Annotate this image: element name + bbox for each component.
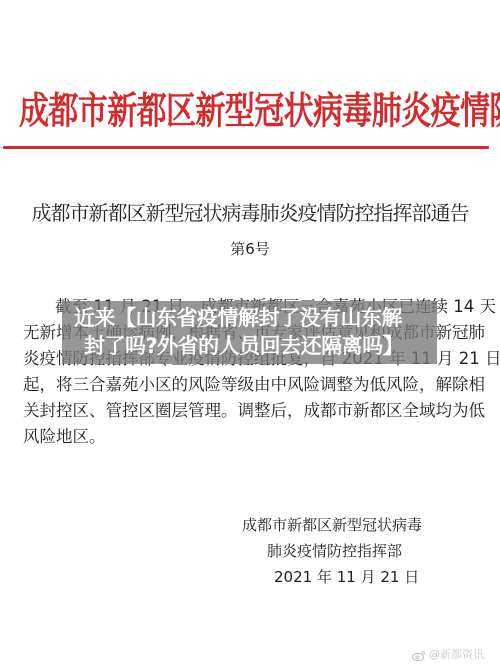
letterhead-title: 成都市新都区新型冠状病毒肺炎疫情防控指挥部 — [19, 77, 479, 147]
signature-block: 成都市新都区新型冠状病毒 肺炎疫情防控指挥部 2021 年 11 月 21 日 — [222, 512, 472, 590]
body-line: 关封控区、管控区圈层管理。调整后，成都市新都区全域均为低 — [23, 398, 471, 424]
weibo-icon — [412, 650, 426, 661]
notice-number: 第6号 — [0, 239, 500, 259]
body-line: 风险地区。 — [23, 424, 471, 450]
signature-org-line-2: 肺炎疫情防控指挥部 — [222, 538, 472, 564]
watermark-text: @新都资讯 — [429, 647, 484, 663]
notice-title: 成都市新都区新型冠状病毒肺炎疫情防控指挥部通告 — [0, 200, 500, 226]
signature-date: 2021 年 11 月 21 日 — [222, 564, 472, 590]
caption-line-2: 封了吗?外省的人员回去还隔离吗】 — [84, 332, 403, 360]
body-line: 起，将三合嘉苑小区的风险等级由中风险调整为低风险，解除相 — [23, 372, 471, 398]
letterhead: 成都市新都区新型冠状病毒肺炎疫情防控指挥部 — [0, 84, 500, 144]
caption-line-1: 近来【山东省疫情解封了没有山东解 — [74, 304, 402, 332]
overlay-caption: 近来【山东省疫情解封了没有山东解 封了吗?外省的人员回去还隔离吗】 — [62, 301, 437, 364]
watermark: @新都资讯 — [412, 647, 484, 663]
letterhead-red-rule — [3, 146, 489, 149]
signature-org-line-1: 成都市新都区新型冠状病毒 — [222, 512, 472, 538]
